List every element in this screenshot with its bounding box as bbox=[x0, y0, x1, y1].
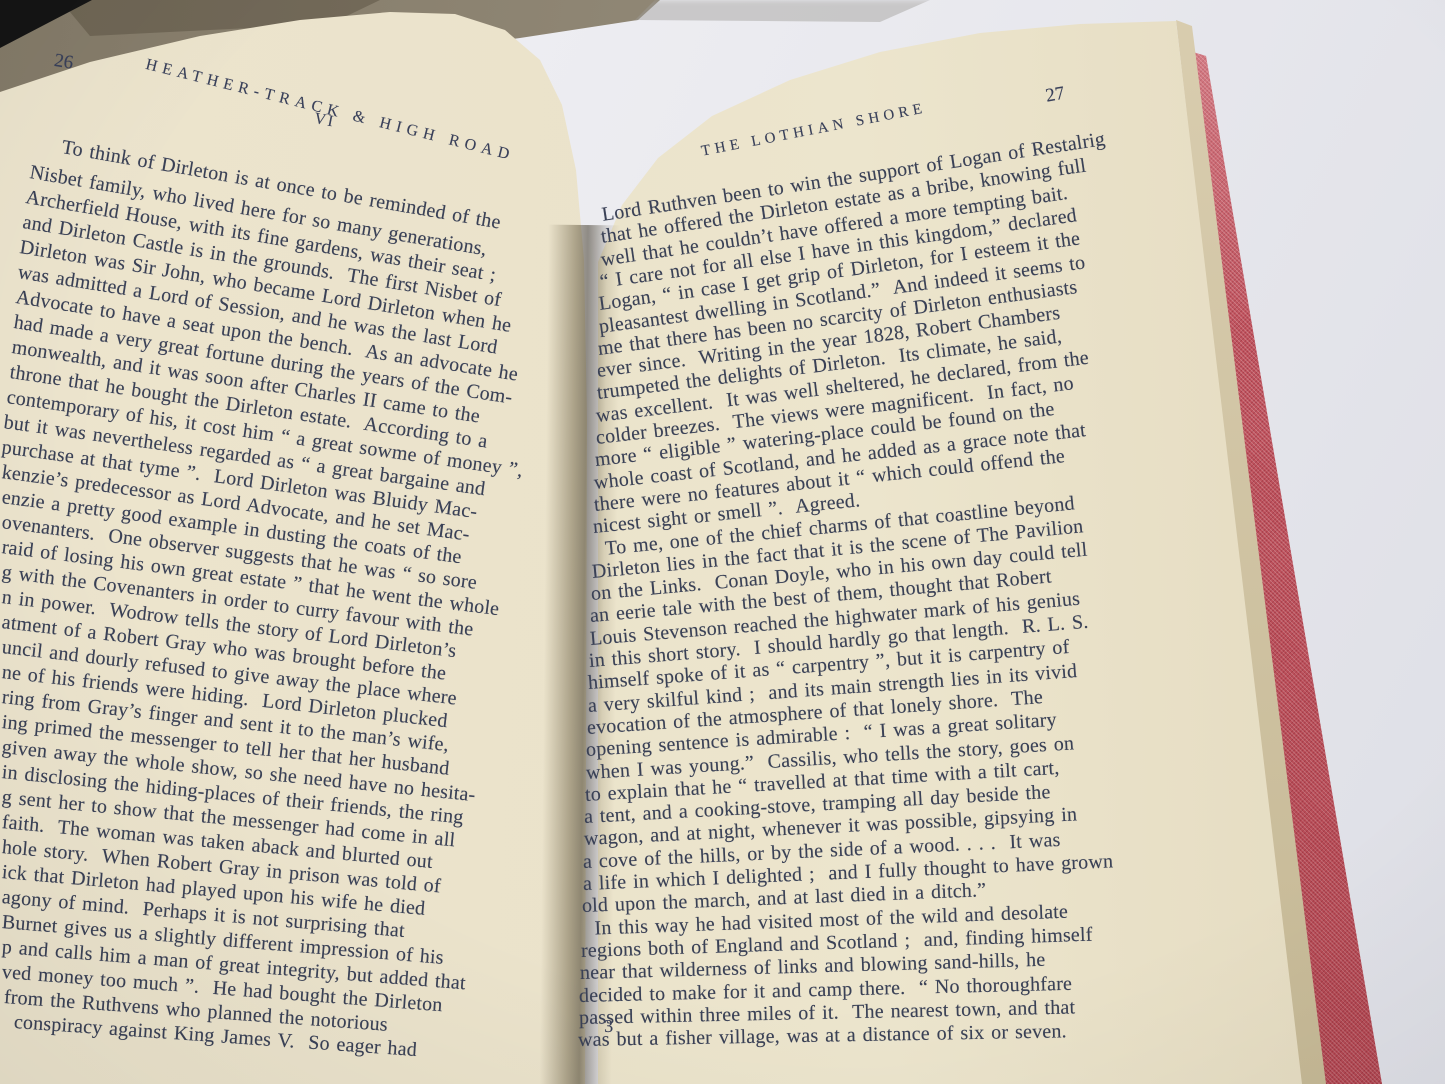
book-photo: 26 HEATHER-TRACK & HIGH ROAD VI THE LOTH… bbox=[0, 0, 1445, 1084]
right-page-text: Lord Ruthven been to win the support of … bbox=[0, 0, 1445, 1084]
